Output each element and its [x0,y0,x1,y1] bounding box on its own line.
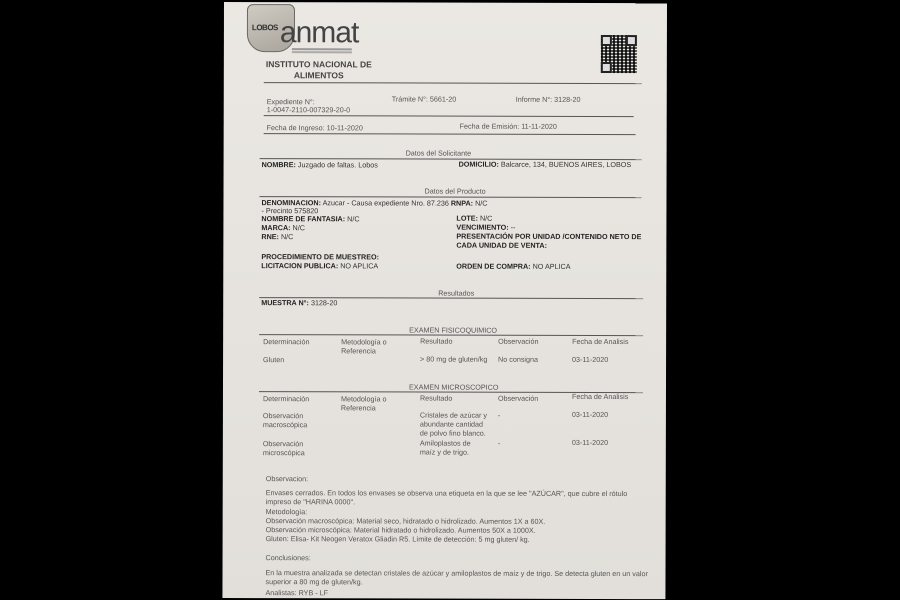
lote-label: LOTE: [456,214,478,223]
col-determinacion: Determinación [263,337,333,346]
divider [264,115,634,117]
observacion-title: Observacion: [266,474,308,483]
institute-line-2: ALIMENTOS [266,70,372,81]
licitacion-field: LICITACION PUBLICA: NO APLICA [261,261,378,270]
licitacion-label: LICITACION PUBLICA: [261,261,338,270]
section-title-resultados: Resultados [438,289,474,298]
muestra-label: MUESTRA N°: [261,298,309,307]
fantasia-field: NOMBRE DE FANTASIA: N/C [261,214,359,223]
rne-value: N/C [281,232,293,241]
institute-name: INSTITUTO NACIONAL DE ALIMENTOS [266,59,372,81]
informe-number: Informe N°: 3128-20 [516,95,581,104]
col-observacion: Observación [498,337,568,346]
lote-field: LOTE: N/C [456,214,492,223]
marca-value: N/C [293,223,305,232]
col-resultado: Resultado [420,337,490,346]
cell-resultado: > 80 mg de gluten/kg [420,355,500,364]
cell-determinacion: Gluten [263,355,284,364]
col-metodologia: Metodología o Referencia [341,394,401,412]
presentacion-label-1: PRESENTACIÓN POR UNIDAD /CONTENIDO NETO … [456,232,641,241]
metodologia-line: Gluten: Elisa- Kit Neogen Veratox Gliadi… [266,534,530,544]
qr-code-icon [601,35,637,73]
fecha-emision: Fecha de Emisión: 11-11-2020 [460,122,557,131]
table-row: Gluten > 80 mg de gluten/kg No consigna … [224,2,667,3]
orden-compra-field: ORDEN DE COMPRA: NO APLICA [456,262,570,271]
nombre-label: NOMBRE: [262,160,296,169]
divider [264,82,642,84]
institute-line-1: INSTITUTO NACIONAL DE [266,59,372,70]
cell-fecha: 03-11-2020 [572,355,608,364]
rnpa-label: RNPA: [451,199,473,208]
nombre-value: Juzgado de faltas. Lobos [298,160,378,169]
conclusiones-title: Conclusiones: [266,553,311,562]
metodologia-title: Metodología: [266,507,308,516]
col-resultado: Resultado [420,394,490,403]
rne-field: RNE: N/C [261,232,293,241]
section-title-producto: Datos del Producto [424,187,485,196]
fantasia-label: NOMBRE DE FANTASIA: [261,214,345,223]
anmat-subtitle-mark [292,48,352,50]
col-metodologia: Metodología o Referencia [341,337,401,355]
cell-resultado: Cristales de azúcar y abundante cantidad… [420,411,488,438]
marca-field: MARCA: N/C [261,223,305,232]
microscopico-header: Determinación Metodología o Referencia R… [224,2,667,3]
rnpa-value: N/C [475,199,487,208]
vencimiento-label: VENCIMIENTO: [456,223,508,232]
tramite-number: Trámite N°: 5661-20 [392,94,457,103]
table-row: Observación microscópica Amiloplastos de… [224,2,667,3]
section-title-solicitante: Datos del Solicitante [406,148,472,157]
lab-report-page: LOBOS anmat INSTITUTO NACIONAL DE ALIMEN… [222,2,667,599]
licitacion-value: NO APLICA [340,261,378,270]
denominacion-value: Azucar - Causa expediente Nro. 87.236 [323,198,449,207]
fantasia-value: N/C [347,214,359,223]
domicilio-label: DOMICILIO: [459,160,499,169]
cell-determinacion: Observación macroscópica [263,411,323,429]
analistas: Analistas: RYB - LF [265,588,328,597]
cell-observacion: - [498,439,500,448]
cell-observacion: - [498,411,500,420]
presentacion-label-2: CADA UNIDAD DE VENTA: [456,241,547,250]
muestra-value: 3128-20 [311,298,337,307]
procedimiento-label: PROCEDIMIENTO DE MUESTREO: [261,252,379,261]
expediente-value: 1-0047-2110-007329-20-0 [267,105,350,114]
table-row: Observación macroscópica Cristales de az… [224,2,667,3]
observacion-text: Envases cerrados. En todos los envases s… [266,488,651,507]
conclusiones-text: En la muestra analizada se detectan cris… [265,568,650,587]
anmat-logo: anmat [280,16,358,50]
col-fecha: Fecha de Analisis [572,337,642,346]
cell-fecha: 03-11-2020 [572,410,608,419]
col-fecha: Fecha de Analisis [572,392,642,401]
fisicoquimico-header: Determinación Metodología o Referencia R… [224,2,667,3]
rne-label: RNE: [261,232,279,241]
vencimiento-value: -- [511,223,516,232]
col-observacion: Observación [498,394,568,403]
cell-observacion: No consigna [498,355,538,364]
muestra-field: MUESTRA N°: 3128-20 [261,298,337,307]
fecha-ingreso: Fecha de Ingreso: 10-11-2020 [267,123,363,132]
vencimiento-field: VENCIMIENTO: -- [456,223,515,232]
domicilio-field: DOMICILIO: Balcarce, 134, BUENOS AIRES, … [459,160,632,169]
fisicoquimico-title: EXAMEN FISICOQUIMICO [409,325,497,334]
divider [264,133,636,135]
microscopico-title: EXAMEN MICROSCOPICO [409,382,498,391]
lote-value: N/C [480,214,492,223]
nombre-field: NOMBRE: Juzgado de faltas. Lobos [262,160,378,169]
orden-value: NO APLICA [533,262,571,271]
domicilio-value: Balcarce, 134, BUENOS AIRES, LOBOS [501,160,631,169]
marca-label: MARCA: [261,223,290,232]
cell-fecha: 03-11-2020 [572,438,608,447]
col-determinacion: Determinación [263,394,333,403]
cell-determinacion: Observación microscópica [263,439,323,457]
cell-resultado: Amiloplastos de maíz y de trigo. [420,439,488,457]
orden-label: ORDEN DE COMPRA: [456,262,530,271]
